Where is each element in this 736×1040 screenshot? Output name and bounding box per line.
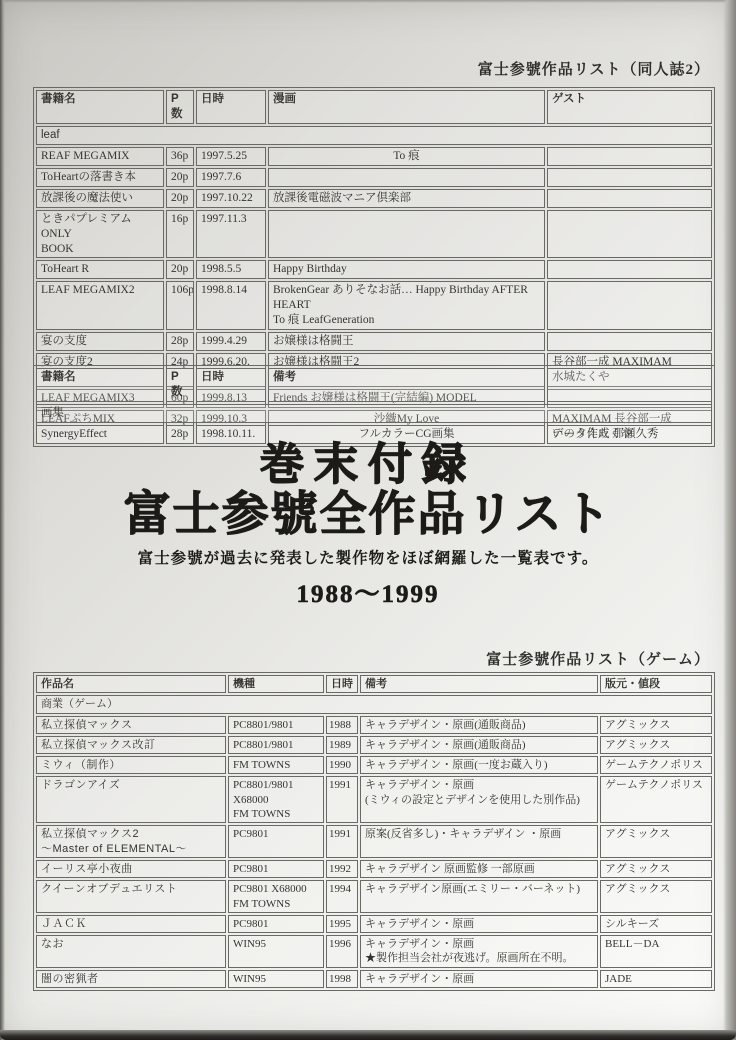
- cell-extra: データ作成 那瀬久秀: [547, 425, 712, 444]
- cell-date: 1997.10.22: [196, 189, 266, 208]
- cell-title: イーリス亭小夜曲: [36, 860, 226, 878]
- col-header-work-title: 作品名: [36, 675, 226, 693]
- table-row: なお WIN95 1996 キャラデザイン・原画 ★製作担当会社が夜逃げ。原画所…: [36, 935, 712, 968]
- table-row: イーリス亭小夜曲 PC9801 1992 キャラデザイン 原画監修 一部原画 ア…: [36, 860, 712, 878]
- cell-title: なお: [36, 935, 226, 968]
- table-row: ドラゴンアイズ PC8801/9801 X68000 FM TOWNS 1991…: [36, 776, 712, 823]
- cell-pages: 20p: [166, 189, 194, 208]
- table-row: 闇の密猟者 WIN95 1998 キャラデザイン・原画 JADE: [36, 970, 712, 988]
- cell-publisher: シルキーズ: [600, 915, 712, 933]
- cell-pages: 106p: [166, 281, 194, 330]
- cell-date: 1990: [326, 756, 358, 774]
- cell-title: 私立探偵マックス2 ～Master of ELEMENTAL～: [36, 825, 226, 858]
- cell-publisher: BELL－DA: [600, 935, 712, 968]
- cell-manga: BrokenGear ありそなお話… Happy Birthday AFTER …: [268, 281, 545, 330]
- section-header-doujinshi2: 富士参號作品リスト（同人誌2）: [478, 58, 710, 79]
- cell-date: 1998.10.11.: [196, 425, 266, 444]
- cell-publisher: アグミックス: [600, 880, 712, 913]
- cell-guest: [547, 210, 712, 259]
- table-row: 私立探偵マックス改訂 PC8801/9801 1989 キャラデザイン・原画(通…: [36, 736, 712, 754]
- scanned-page: 富士参號作品リスト（同人誌2） 書籍名 P数 日時 漫画 ゲスト leaf RE…: [0, 0, 736, 1040]
- cell-guest: [547, 332, 712, 351]
- cell-guest: [547, 260, 712, 279]
- col-header-blank: [547, 368, 712, 402]
- page-edge-bottom: [0, 1030, 736, 1040]
- cell-manga: [268, 210, 545, 259]
- cell-date: 1998: [326, 970, 358, 988]
- col-header-date: 日時: [326, 675, 358, 693]
- cell-machine: PC8801/9801: [228, 736, 324, 754]
- section-label: 商業（ゲーム）: [36, 695, 712, 713]
- col-header-publisher: 版元・値段: [600, 675, 712, 693]
- cell-title: 私立探偵マックス: [36, 716, 226, 734]
- cell-note: キャラデザイン・原画 (ミウィの設定とデザインを使用した別作品): [360, 776, 598, 823]
- cell-publisher: ゲームテクノポリス: [600, 756, 712, 774]
- game-works-table: 作品名 機種 日時 備考 版元・値段 商業（ゲーム） 私立探偵マックス PC88…: [33, 672, 715, 991]
- table-header-row: 作品名 機種 日時 備考 版元・値段: [36, 675, 712, 693]
- cell-title: クイーンオブデュエリスト: [36, 880, 226, 913]
- section-row-artbook: 画集: [36, 404, 712, 423]
- table-row: 放課後の魔法使い 20p 1997.10.22 放課後電磁波マニア倶楽部: [36, 189, 712, 208]
- cell-manga: [268, 168, 545, 187]
- cell-title: REAF MEGAMIX: [36, 147, 164, 166]
- cell-title: 放課後の魔法使い: [36, 189, 164, 208]
- table-row: LEAF MEGAMIX2 106p 1998.8.14 BrokenGear …: [36, 281, 712, 330]
- table-row: ToHeartの落書き本 20p 1997.7.6: [36, 168, 712, 187]
- section-header-game: 富士参號作品リスト（ゲーム）: [486, 648, 710, 669]
- col-header-machine: 機種: [228, 675, 324, 693]
- appendix-kicker: 巻末付録: [0, 442, 736, 488]
- cell-manga: To 痕: [268, 147, 545, 166]
- artbook-table: 書籍名 P数 日時 備考 画集 SynergyEffect 28p 1998.1…: [33, 365, 715, 447]
- section-row-commercial-games: 商業（ゲーム）: [36, 695, 712, 713]
- cell-title: ToHeart R: [36, 260, 164, 279]
- cell-note: キャラデザイン・原画 ★製作担当会社が夜逃げ。原画所在不明。: [360, 935, 598, 968]
- col-header-note: 備考: [360, 675, 598, 693]
- cell-manga: Happy Birthday: [268, 260, 545, 279]
- cell-manga: お嬢様は格闘王: [268, 332, 545, 351]
- cell-guest: [547, 147, 712, 166]
- cell-pages: 16p: [166, 210, 194, 259]
- table-header-row: 書籍名 P数 日時 漫画 ゲスト: [36, 90, 712, 124]
- cell-publisher: アグミックス: [600, 860, 712, 878]
- cell-date: 1991: [326, 825, 358, 858]
- cell-note: キャラデザイン・原画(一度お蔵入り): [360, 756, 598, 774]
- cell-date: 1988: [326, 716, 358, 734]
- cell-note: キャラデザイン・原画(通販商品): [360, 736, 598, 754]
- cell-date: 1992: [326, 860, 358, 878]
- cell-note: キャラデザイン 原画監修 一部原画: [360, 860, 598, 878]
- cell-machine: PC9801: [228, 825, 324, 858]
- cell-publisher: アグミックス: [600, 825, 712, 858]
- cell-machine: PC9801 X68000 FM TOWNS: [228, 880, 324, 913]
- cell-note: キャラデザイン・原画(通販商品): [360, 716, 598, 734]
- cell-machine: PC9801: [228, 860, 324, 878]
- cell-machine: PC8801/9801: [228, 716, 324, 734]
- col-header-book-title: 書籍名: [36, 368, 164, 402]
- cell-title: ToHeartの落書き本: [36, 168, 164, 187]
- page-edge-top: [0, 0, 736, 3]
- cell-title: ときパプレミアムONLY BOOK: [36, 210, 164, 259]
- cell-date: 1999.4.29: [196, 332, 266, 351]
- table-row: ミウィ（制作） FM TOWNS 1990 キャラデザイン・原画(一度お蔵入り)…: [36, 756, 712, 774]
- col-header-guest: ゲスト: [547, 90, 712, 124]
- cell-date: 1997.5.25: [196, 147, 266, 166]
- appendix-years: 1988～1999: [0, 574, 736, 610]
- cell-machine: PC8801/9801 X68000 FM TOWNS: [228, 776, 324, 823]
- appendix-title-block: 巻末付録 富士参號全作品リスト 富士参號が過去に発表した製作物をほぼ網羅した一覧…: [0, 442, 736, 610]
- cell-pages: 28p: [166, 425, 194, 444]
- appendix-subtitle: 富士参號が過去に発表した製作物をほぼ網羅した一覧表です。: [0, 546, 736, 568]
- cell-date: 1996: [326, 935, 358, 968]
- table-row: 宴の支度 28p 1999.4.29 お嬢様は格闘王: [36, 332, 712, 351]
- cell-guest: [547, 168, 712, 187]
- cell-date: 1997.11.3: [196, 210, 266, 259]
- cell-note: キャラデザイン・原画: [360, 915, 598, 933]
- cell-machine: PC9801: [228, 915, 324, 933]
- cell-pages: 36p: [166, 147, 194, 166]
- section-row-leaf: leaf: [36, 126, 712, 145]
- cell-pages: 28p: [166, 332, 194, 351]
- table-row: ToHeart R 20p 1998.5.5 Happy Birthday: [36, 260, 712, 279]
- table-row: 私立探偵マックス PC8801/9801 1988 キャラデザイン・原画(通販商…: [36, 716, 712, 734]
- cell-publisher: ゲームテクノポリス: [600, 776, 712, 823]
- section-label: leaf: [36, 126, 712, 145]
- col-header-date: 日時: [196, 90, 266, 124]
- col-header-pages: P数: [166, 90, 194, 124]
- cell-note: キャラデザイン・原画: [360, 970, 598, 988]
- cell-date: 1998.8.14: [196, 281, 266, 330]
- cell-machine: WIN95: [228, 935, 324, 968]
- table-row: 私立探偵マックス2 ～Master of ELEMENTAL～ PC9801 1…: [36, 825, 712, 858]
- cell-title: SynergyEffect: [36, 425, 164, 444]
- cell-guest: [547, 281, 712, 330]
- cell-publisher: アグミックス: [600, 736, 712, 754]
- cell-pages: 20p: [166, 260, 194, 279]
- cell-title: ミウィ（制作）: [36, 756, 226, 774]
- cell-publisher: JADE: [600, 970, 712, 988]
- cell-machine: FM TOWNS: [228, 756, 324, 774]
- cell-date: 1995: [326, 915, 358, 933]
- col-header-date: 日時: [196, 368, 266, 402]
- table-row: ＪＡＣＫ PC9801 1995 キャラデザイン・原画 シルキーズ: [36, 915, 712, 933]
- table-row: REAF MEGAMIX 36p 1997.5.25 To 痕: [36, 147, 712, 166]
- cell-date: 1997.7.6: [196, 168, 266, 187]
- cell-machine: WIN95: [228, 970, 324, 988]
- col-header-note: 備考: [268, 368, 545, 402]
- cell-title: 宴の支度: [36, 332, 164, 351]
- cell-pages: 20p: [166, 168, 194, 187]
- cell-title: ＪＡＣＫ: [36, 915, 226, 933]
- cell-date: 1994: [326, 880, 358, 913]
- cell-title: 闇の密猟者: [36, 970, 226, 988]
- table-row: ときパプレミアムONLY BOOK 16p 1997.11.3: [36, 210, 712, 259]
- cell-title: LEAF MEGAMIX2: [36, 281, 164, 330]
- cell-title: 私立探偵マックス改訂: [36, 736, 226, 754]
- cell-date: 1989: [326, 736, 358, 754]
- cell-manga: 放課後電磁波マニア倶楽部: [268, 189, 545, 208]
- cell-title: ドラゴンアイズ: [36, 776, 226, 823]
- appendix-title: 富士参號全作品リスト: [0, 488, 736, 542]
- cell-date: 1991: [326, 776, 358, 823]
- col-header-manga: 漫画: [268, 90, 545, 124]
- col-header-book-title: 書籍名: [36, 90, 164, 124]
- cell-publisher: アグミックス: [600, 716, 712, 734]
- col-header-pages: P数: [166, 368, 194, 402]
- section-label: 画集: [36, 404, 712, 423]
- table-row: クイーンオブデュエリスト PC9801 X68000 FM TOWNS 1994…: [36, 880, 712, 913]
- cell-guest: [547, 189, 712, 208]
- cell-date: 1998.5.5: [196, 260, 266, 279]
- cell-note: 原案(反省多し)・キャラデザイン ・原画: [360, 825, 598, 858]
- table-header-row: 書籍名 P数 日時 備考: [36, 368, 712, 402]
- cell-note: キャラデザイン原画(エミリー・バーネット): [360, 880, 598, 913]
